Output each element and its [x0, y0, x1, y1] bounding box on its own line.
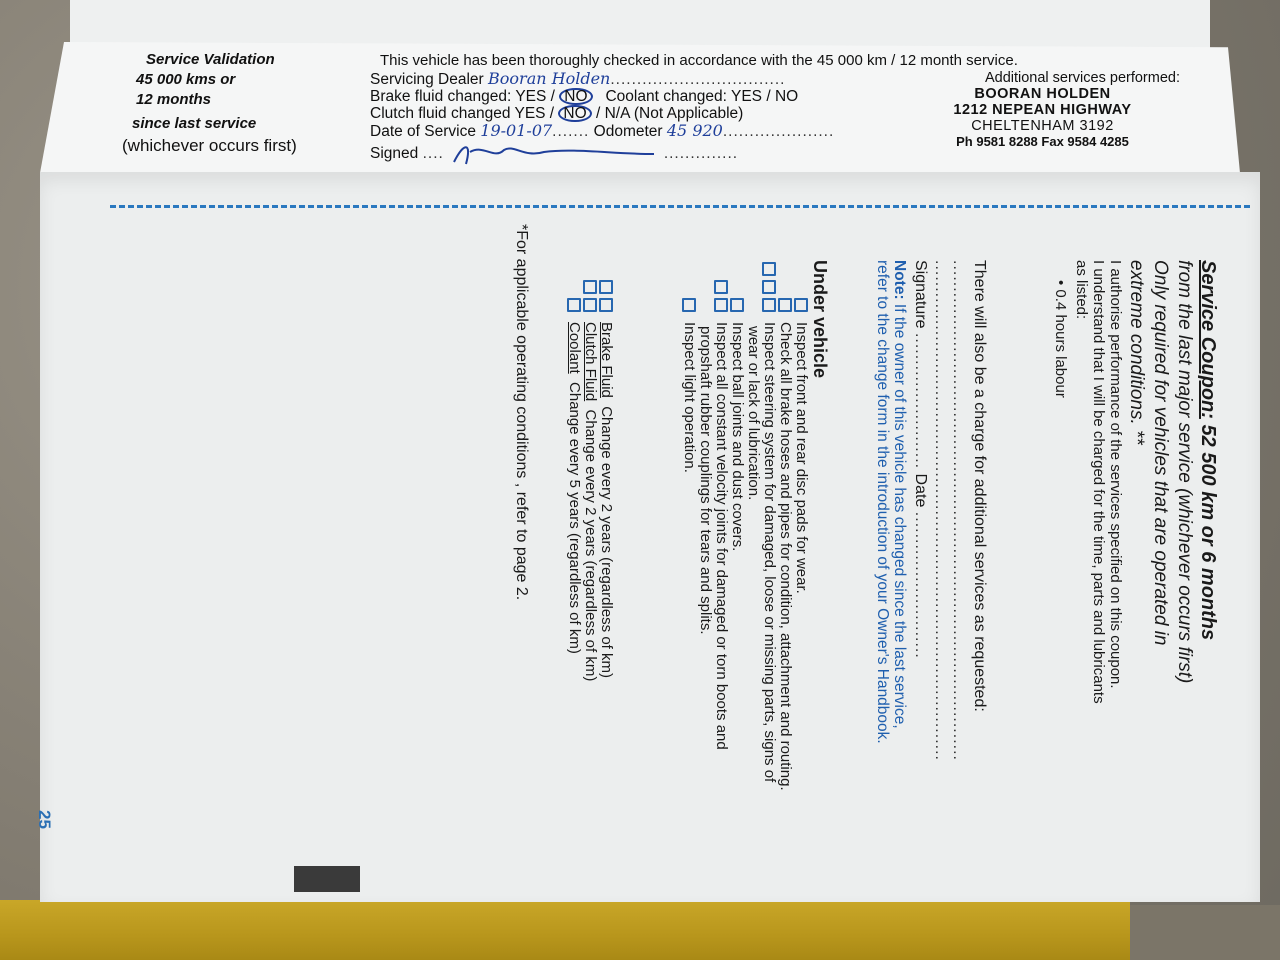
- labour-item: • 0.4 hours labour: [1052, 260, 1069, 860]
- validation-interval-km: 45 000 kms or: [122, 70, 372, 90]
- service-validation-strip: Service Validation 45 000 kms or 12 mont…: [40, 42, 1240, 173]
- checkbox-group: [598, 260, 614, 316]
- date-of-service-label: Date of Service: [370, 123, 476, 140]
- clutch-fluid-label: Clutch fluid changed YES /: [370, 105, 554, 122]
- checkbox[interactable]: [583, 280, 597, 294]
- fluid-item: Clutch Fluid Change every 2 years (regar…: [582, 260, 598, 860]
- clutch-fluid-na: / N/A (Not Applicable): [596, 105, 743, 122]
- dealer-stamp-suburb: CHELTENHAM 3192: [905, 118, 1180, 134]
- signature-label: Signature: [912, 260, 929, 329]
- checklist-item-text: Inspect all constant velocity joints for…: [713, 322, 730, 750]
- authorise-line-1: I authorise performance of the services …: [1107, 260, 1124, 860]
- additional-line-1[interactable]: ........................................…: [949, 260, 967, 860]
- footnote: *For applicable operating conditions , r…: [513, 224, 530, 824]
- coupon-header: Service Coupon: 52 500 km or 6 months fr…: [1052, 260, 1220, 860]
- fluid-interval: Change every 2 years (regardless of km): [598, 398, 615, 678]
- checkbox[interactable]: [583, 298, 597, 312]
- additional-services-block: Additional services performed: BOORAN HO…: [905, 70, 1180, 150]
- checkbox[interactable]: [714, 280, 728, 294]
- coupon-title-prefix: Service Coupon:: [1197, 260, 1219, 419]
- date-label: Date: [912, 474, 929, 508]
- validation-since: since last service: [122, 114, 372, 134]
- checkbox[interactable]: [778, 298, 792, 312]
- checkbox-group: [729, 260, 745, 316]
- fluid-interval: Change every 5 years (regardless of km): [566, 374, 583, 654]
- checklist-item-text-cont: propshaft rubber couplings for tears and…: [697, 260, 713, 860]
- servicing-dealer-value[interactable]: Booran Holden: [488, 69, 610, 88]
- authorise-line-2: I understand that I will be charged for …: [1090, 260, 1107, 860]
- servicing-dealer-label: Servicing Dealer: [370, 71, 484, 88]
- fluid-list: Brake Fluid Change every 2 years (regard…: [566, 260, 614, 860]
- dealer-stamp-address: 1212 NEPEAN HIGHWAY: [905, 102, 1180, 118]
- fluid-name: Coolant: [566, 322, 583, 374]
- date-of-service-value[interactable]: 19-01-07: [480, 121, 552, 140]
- coupon-subtitle-2: Only required for vehicles that are oper…: [1148, 260, 1172, 860]
- fluids-section: Brake Fluid Change every 2 years (regard…: [566, 260, 614, 860]
- coupon-title-rest: 52 500 km or 6 months: [1197, 419, 1219, 640]
- checkbox-group: [566, 260, 582, 316]
- previous-page-flap: [70, 0, 1210, 50]
- odometer-value[interactable]: 45 920: [667, 121, 723, 140]
- page-tab-marker: [294, 866, 360, 892]
- coolant-label: Coolant changed: YES / NO: [605, 88, 798, 105]
- page-number: 25: [30, 810, 54, 850]
- tear-line: [110, 205, 1250, 208]
- note-text-1: If the owner of this vehicle has changed…: [891, 300, 908, 729]
- brake-fluid-row: Brake fluid changed: YES / NO Coolant ch…: [370, 88, 930, 105]
- checklist-item: Inspect all constant velocity joints for…: [697, 260, 729, 860]
- checklist-item-text: Inspect front and rear disc pads for wea…: [793, 322, 810, 594]
- checkbox[interactable]: [762, 262, 776, 276]
- checklist-item: Inspect steering system for damaged, loo…: [745, 260, 777, 860]
- fluid-name: Brake Fluid: [598, 322, 615, 398]
- under-vehicle-section: Under vehicle Inspect front and rear dis…: [681, 260, 830, 860]
- servicing-dealer-row: Servicing Dealer Booran Holden..........…: [370, 70, 930, 88]
- checkbox-group: [713, 260, 729, 316]
- checklist-item-text: Check all brake hoses and pipes for cond…: [777, 322, 794, 791]
- checkbox-group: [681, 260, 697, 316]
- checkbox[interactable]: [567, 298, 581, 312]
- note-text-2: refer to the change form in the introduc…: [874, 260, 891, 744]
- note-label: Note:: [891, 260, 908, 300]
- dealer-stamp-name: BOORAN HOLDEN: [905, 86, 1180, 102]
- owner-change-note: Note: If the owner of this vehicle has c…: [874, 260, 908, 860]
- checkbox-group: [582, 260, 598, 316]
- checklist-item-text-cont: wear or lack of lubrication.: [745, 260, 761, 860]
- authorise-line-3: as listed:: [1073, 260, 1090, 860]
- coupon-subtitle-1: from the last major service (whichever o…: [1172, 260, 1196, 860]
- checklist-item: Check all brake hoses and pipes for cond…: [777, 260, 793, 860]
- checkbox[interactable]: [762, 298, 776, 312]
- clutch-fluid-row: Clutch fluid changed YES / NO / N/A (Not…: [370, 105, 930, 122]
- signature-date-row: Signature ......................... Date…: [912, 260, 929, 860]
- fluid-item: Coolant Change every 5 years (regardless…: [566, 260, 582, 860]
- additional-charge-text: There will also be a charge for addition…: [971, 260, 988, 860]
- additional-charge-block: There will also be a charge for addition…: [874, 260, 988, 860]
- checkbox-group: [761, 260, 777, 316]
- checkbox[interactable]: [730, 298, 744, 312]
- fluid-interval: Change every 2 years (regardless of km): [582, 401, 599, 681]
- coupon-subtitle-3: extreme conditions. **: [1124, 260, 1148, 860]
- checklist-item-text: Inspect steering system for damaged, loo…: [761, 322, 778, 782]
- checklist-item-text: Inspect ball joints and dust covers.: [729, 322, 746, 551]
- checklist-item: Inspect light operation.: [681, 260, 697, 860]
- under-vehicle-heading: Under vehicle: [809, 260, 830, 860]
- yellow-surface: [0, 900, 1130, 960]
- under-vehicle-list: Inspect front and rear disc pads for wea…: [681, 260, 809, 860]
- brake-fluid-no-circled[interactable]: NO: [559, 88, 592, 105]
- signature-scribble: [444, 140, 664, 168]
- coupon-content: Service Coupon: 52 500 km or 6 months fr…: [100, 240, 1220, 840]
- signature-field[interactable]: .........................: [912, 333, 929, 469]
- footnote-text: *For applicable operating conditions , r…: [513, 224, 530, 824]
- additional-services-label: Additional services performed:: [905, 70, 1180, 86]
- checkbox[interactable]: [682, 298, 696, 312]
- fluid-item: Brake Fluid Change every 2 years (regard…: [598, 260, 614, 860]
- validation-statement: This vehicle has been thoroughly checked…: [380, 52, 1018, 69]
- validation-title: Service Validation: [122, 50, 372, 70]
- date-field[interactable]: ...........................: [912, 512, 929, 659]
- validation-heading: Service Validation 45 000 kms or 12 mont…: [122, 50, 372, 156]
- additional-line-2[interactable]: ........................................…: [931, 260, 949, 860]
- checklist-item: Inspect front and rear disc pads for wea…: [793, 260, 809, 860]
- checkbox-group: [777, 260, 793, 316]
- brake-fluid-label: Brake fluid changed: YES /: [370, 88, 555, 105]
- date-odometer-row: Date of Service 19-01-07....... Odometer…: [370, 122, 930, 140]
- signed-label: Signed: [370, 145, 418, 162]
- fluid-name: Clutch Fluid: [582, 322, 599, 401]
- validation-fields: Servicing Dealer Booran Holden..........…: [370, 70, 930, 168]
- validation-whichever: (whichever occurs first): [122, 136, 372, 156]
- checkbox[interactable]: [599, 280, 613, 294]
- checklist-item: Inspect ball joints and dust covers.: [729, 260, 745, 860]
- checkbox[interactable]: [794, 298, 808, 312]
- checkbox-group: [793, 260, 809, 316]
- signed-row: Signed .... ..............: [370, 140, 930, 168]
- checkbox[interactable]: [762, 280, 776, 294]
- checkbox[interactable]: [599, 298, 613, 312]
- checkbox[interactable]: [714, 298, 728, 312]
- validation-interval-months: 12 months: [122, 90, 372, 110]
- clutch-fluid-no-circled[interactable]: NO: [558, 105, 591, 122]
- checklist-item-text: Inspect light operation.: [681, 322, 698, 473]
- dealer-stamp-phone: Ph 9581 8288 Fax 9584 4285: [905, 134, 1180, 150]
- grey-surface: [1130, 905, 1280, 960]
- odometer-label: Odometer: [594, 123, 663, 140]
